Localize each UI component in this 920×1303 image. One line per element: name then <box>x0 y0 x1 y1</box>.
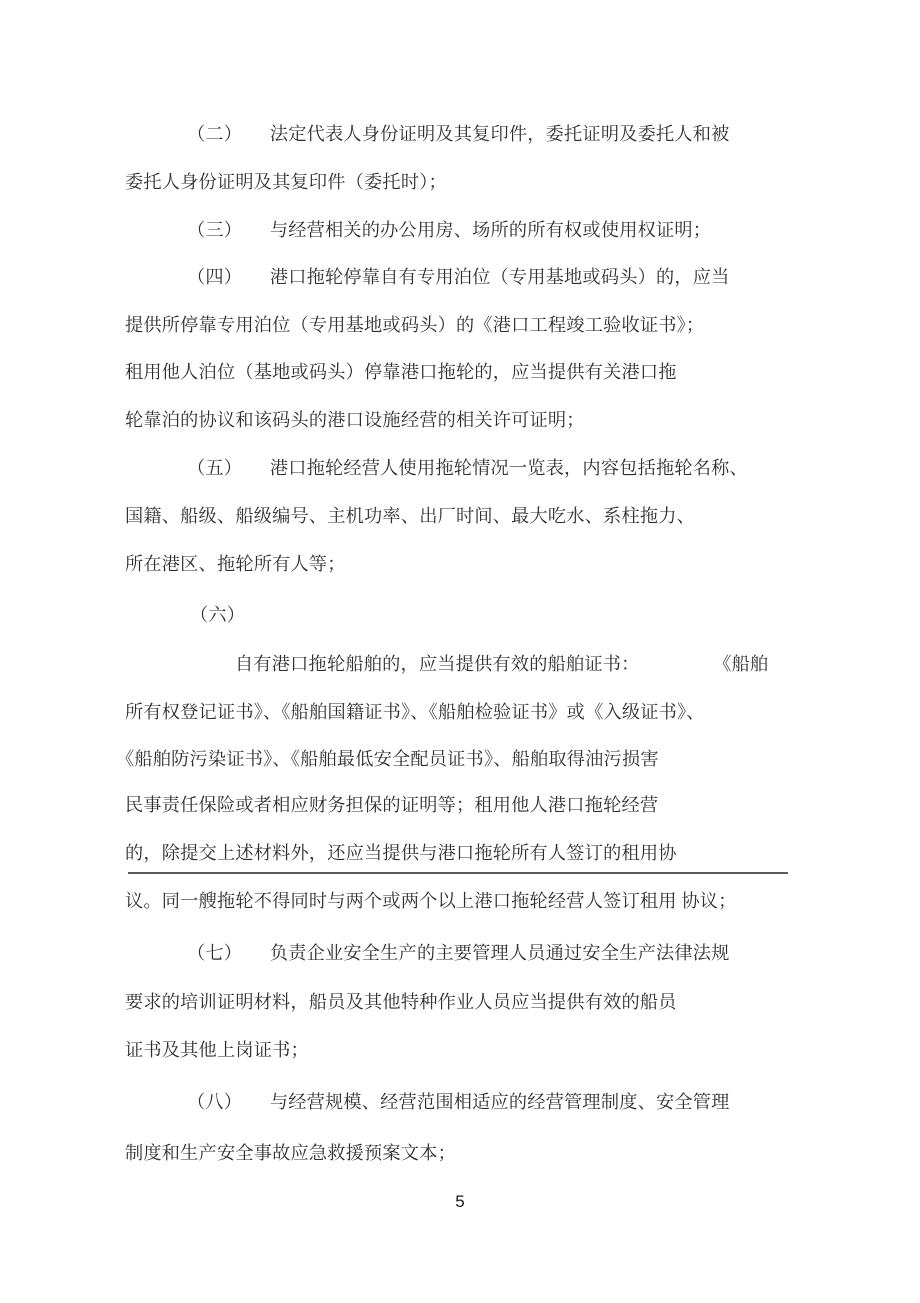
document-page: （二） 法定代表人身份证明及其复印件，委托证明及委托人和被 委托人身份证明及其复… <box>0 0 920 1303</box>
text-line: 委托人身份证明及其复印件（委托时）； <box>125 170 447 195</box>
text-line: 议。同一艘拖轮不得同时与两个或两个以上港口拖轮经营人签订租用 协议； <box>125 889 737 914</box>
text-line: （五） 港口拖轮经营人使用拖轮情况一览表，内容包括拖轮名称、 <box>187 456 748 481</box>
divider-line <box>128 872 788 874</box>
text-line: 所在港区、拖轮所有人等； <box>125 552 346 577</box>
text-line: 自有港口拖轮船舶的，应当提供有效的船舶证书： 《船舶 <box>235 652 768 677</box>
text-line: 民事责任保险或者相应财务担保的证明等；租用他人港口拖轮经营 <box>125 793 658 818</box>
text-line: （四） 港口拖轮停靠自有专用泊位（专用基地或码头）的，应当 <box>187 265 730 290</box>
text-line: 的，除提交上述材料外，还应当提供与港口拖轮所有人签订的租用协 <box>125 841 677 866</box>
text-line: （八） 与经营规模、经营范围相适应的经营管理制度、安全管理 <box>187 1090 730 1115</box>
text-line: （七） 负责企业安全生产的主要管理人员通过安全生产法律法规 <box>187 941 730 966</box>
text-line: （二） 法定代表人身份证明及其复印件，委托证明及委托人和被 <box>187 122 730 147</box>
text-line: 所有权登记证书》、《船舶国籍证书》、《船舶检验证书》或《入级证书》、 <box>125 700 705 725</box>
text-line: 轮靠泊的协议和该码头的港口设施经营的相关许可证明； <box>125 408 585 433</box>
text-line: 提供所停靠专用泊位（专用基地或码头）的《港口工程竣工验收证书》； <box>125 313 704 338</box>
text-line: 证书及其他上岗证书； <box>125 1038 309 1063</box>
page-number: 5 <box>0 1192 920 1212</box>
text-line: 租用他人泊位（基地或码头）停靠港口拖轮的，应当提供有关港口拖 <box>125 360 677 385</box>
text-line: 制度和生产安全事故应急救援预案文本； <box>125 1141 456 1166</box>
text-line: （三） 与经营相关的办公用房、场所的所有权或使用权证明； <box>187 218 711 243</box>
text-line: （六） <box>190 603 245 628</box>
text-line: 国籍、船级、船级编号、主机功率、出厂时间、最大吃水、系柱拖力、 <box>125 504 695 529</box>
text-line: 要求的培训证明材料，船员及其他特种作业人员应当提供有效的船员 <box>125 990 677 1015</box>
text-line: 《船舶防污染证书》、《船舶最低安全配员证书》、船舶取得油污损害 <box>116 747 659 772</box>
